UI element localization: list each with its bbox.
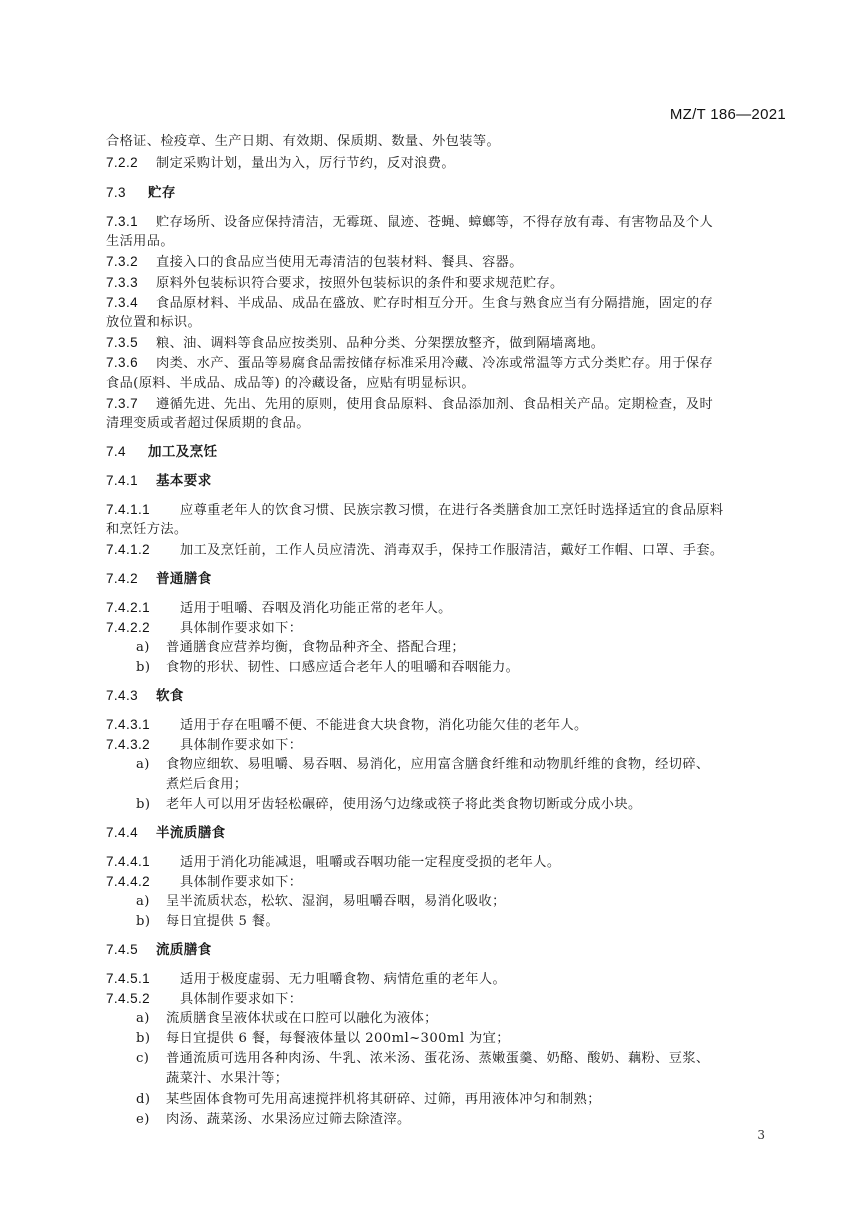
clause-7-4-5-1: 7.4.5.1适用于极度虚弱、无力咀嚼食物、病情危重的老年人。 [106, 969, 506, 990]
list-item: a)呈半流质状态，松软、湿润，易咀嚼吞咽，易消化吸收； [136, 892, 506, 912]
clause-text: 具体制作要求如下： [180, 621, 302, 636]
clause-text: 具体制作要求如下： [180, 875, 302, 890]
clause-7-4-1-1: 7.4.1.1应尊重老年人的饮食习惯、民族宗教习惯，在进行各类膳食加工烹饪时选择… [106, 500, 724, 521]
clause-number: 7.4.1.1 [106, 500, 180, 520]
clause-7-3-1: 7.3.1贮存场所、设备应保持清洁，无霉斑、鼠迹、苍蝇、蟑螂等，不得存放有毒、有… [106, 212, 713, 233]
subsection-heading-7-4-3: 7.4.3软食 [106, 686, 184, 706]
section-number: 7.3 [106, 183, 148, 203]
list-item-label: a) [136, 892, 166, 912]
clause-7-4-3-1: 7.4.3.1适用于存在咀嚼不便、不能进食大块食物，消化功能欠佳的老年人。 [106, 715, 588, 736]
clause-text: 贮存场所、设备应保持清洁，无霉斑、鼠迹、苍蝇、蟑螂等，不得存放有毒、有害物品及个… [156, 215, 713, 230]
text: 清理变质或者超过保质期的食品。 [106, 416, 310, 431]
clause-7-3-3: 7.3.3原料外包装标识符合要求，按照外包装标识的条件和要求规范贮存。 [106, 273, 564, 294]
list-item-label: d) [136, 1090, 166, 1110]
list-item-label: c) [136, 1049, 166, 1069]
clause-text: 食品原材料、半成品、成品在盛放、贮存时相互分开。生食与熟食应当有分隔措施，固定的… [156, 296, 713, 311]
list-item: b)老年人可以用牙齿轻松碾碎，使用汤勺边缘或筷子将此类食物切断或分成小块。 [136, 795, 642, 815]
clause-number: 7.4.5.2 [106, 989, 180, 1009]
list-item-text: 食物的形状、韧性、口感应适合老年人的咀嚼和吞咽能力。 [166, 660, 519, 675]
clause-number: 7.3.1 [106, 212, 156, 232]
section-title: 贮存 [148, 185, 176, 200]
clause-7-4-5-2: 7.4.5.2具体制作要求如下： [106, 989, 302, 1010]
clause-number: 7.4.3.1 [106, 715, 180, 735]
subsection-title: 流质膳食 [156, 942, 212, 957]
section-title: 加工及烹饪 [148, 444, 218, 459]
subsection-number: 7.4.1 [106, 471, 156, 491]
list-item-text: 某些固体食物可先用高速搅拌机将其研碎、过筛，再用液体冲匀和制熟； [166, 1092, 601, 1107]
clause-7-2-2: 7.2.2制定采购计划，量出为入，厉行节约，反对浪费。 [106, 153, 455, 174]
list-item-text: 食物应细软、易咀嚼、易吞咽、易消化，应用富含膳食纤维和动物肌纤维的食物，经切碎、 [166, 757, 710, 772]
paragraph-continuation: 生活用品。 [106, 232, 174, 252]
paragraph-continuation: 合格证、检疫章、生产日期、有效期、保质期、数量、外包装等。 [106, 132, 500, 152]
text: 和烹饪方法。 [106, 522, 188, 537]
paragraph-continuation: 和烹饪方法。 [106, 520, 188, 540]
clause-number: 7.3.7 [106, 394, 156, 414]
subsection-title: 软食 [156, 688, 184, 703]
clause-7-4-4-2: 7.4.4.2具体制作要求如下： [106, 872, 302, 893]
clause-7-4-2-2: 7.4.2.2具体制作要求如下： [106, 618, 302, 639]
clause-number: 7.3.2 [106, 252, 156, 272]
list-item-text: 流质膳食呈液体状或在口腔可以融化为液体； [166, 1011, 438, 1026]
list-item: b)每日宜提供 5 餐。 [136, 912, 279, 932]
clause-text: 适用于咀嚼、吞咽及消化功能正常的老年人。 [180, 601, 452, 616]
list-item-label: a) [136, 755, 166, 775]
clause-number: 7.4.4.1 [106, 852, 180, 872]
clause-7-3-4: 7.3.4食品原材料、半成品、成品在盛放、贮存时相互分开。生食与熟食应当有分隔措… [106, 293, 713, 314]
text: 蔬菜汁、水果汁等； [166, 1071, 288, 1086]
clause-7-4-3-2: 7.4.3.2具体制作要求如下： [106, 735, 302, 756]
list-item-label: a) [136, 1009, 166, 1029]
clause-text: 应尊重老年人的饮食习惯、民族宗教习惯，在进行各类膳食加工烹饪时选择适宜的食品原料 [180, 503, 724, 518]
section-number: 7.4 [106, 442, 148, 462]
clause-number: 7.3.5 [106, 333, 156, 353]
subsection-heading-7-4-2: 7.4.2普通膳食 [106, 569, 212, 589]
list-item-label: b) [136, 912, 166, 932]
list-item-label: a) [136, 638, 166, 658]
list-item-text: 普通流质可选用各种肉汤、牛乳、浓米汤、蛋花汤、蒸嫩蛋羹、奶酪、酸奶、藕粉、豆浆、 [166, 1051, 710, 1066]
clause-text: 肉类、水产、蛋品等易腐食品需按储存标准采用冷藏、冷冻或常温等方式分类贮存。用于保… [156, 356, 713, 371]
clause-number: 7.2.2 [106, 153, 156, 173]
clause-number: 7.4.2.1 [106, 598, 180, 618]
clause-text: 适用于极度虚弱、无力咀嚼食物、病情危重的老年人。 [180, 972, 506, 987]
clause-number: 7.3.6 [106, 353, 156, 373]
list-item-text: 每日宜提供 6 餐，每餐液体量以 200ml~300ml 为宜； [166, 1031, 510, 1046]
text: 食品(原料、半成品、成品等) 的冷藏设备，应贴有明显标识。 [106, 376, 475, 391]
list-item: b)食物的形状、韧性、口感应适合老年人的咀嚼和吞咽能力。 [136, 658, 519, 678]
clause-number: 7.4.4.2 [106, 872, 180, 892]
subsection-title: 基本要求 [156, 473, 212, 488]
clause-7-3-5: 7.3.5粮、油、调料等食品应按类别、品种分类、分架摆放整齐，做到隔墙离地。 [106, 333, 604, 354]
list-item-text: 呈半流质状态，松软、湿润，易咀嚼吞咽，易消化吸收； [166, 894, 506, 909]
list-item-text: 老年人可以用牙齿轻松碾碎，使用汤勺边缘或筷子将此类食物切断或分成小块。 [166, 797, 642, 812]
paragraph-continuation: 清理变质或者超过保质期的食品。 [106, 414, 310, 434]
list-item-text: 肉汤、蔬菜汤、水果汤应过筛去除渣滓。 [166, 1112, 411, 1127]
text: 放位置和标识。 [106, 315, 201, 330]
paragraph-continuation: 放位置和标识。 [106, 313, 201, 333]
clause-7-3-2: 7.3.2直接入口的食品应当使用无毒清洁的包装材料、餐具、容器。 [106, 252, 523, 273]
document-code: MZ/T 186—2021 [670, 106, 786, 123]
section-heading-7-3: 7.3贮存 [106, 183, 176, 203]
list-item-label: b) [136, 1029, 166, 1049]
clause-text: 适用于消化功能减退，咀嚼或吞咽功能一定程度受损的老年人。 [180, 855, 560, 870]
list-item-label: b) [136, 795, 166, 815]
clause-text: 直接入口的食品应当使用无毒清洁的包装材料、餐具、容器。 [156, 255, 523, 270]
clause-number: 7.4.3.2 [106, 735, 180, 755]
clause-text: 适用于存在咀嚼不便、不能进食大块食物，消化功能欠佳的老年人。 [180, 718, 588, 733]
list-item: a)流质膳食呈液体状或在口腔可以融化为液体； [136, 1009, 438, 1029]
list-item-label: e) [136, 1110, 166, 1130]
clause-text: 遵循先进、先出、先用的原则，使用食品原料、食品添加剂、食品相关产品。定期检查，及… [156, 397, 713, 412]
subsection-title: 半流质膳食 [156, 825, 226, 840]
clause-text: 加工及烹饪前，工作人员应清洗、消毒双手，保持工作服清洁，戴好工作帽、口罩、手套。 [180, 543, 724, 558]
clause-number: 7.3.3 [106, 273, 156, 293]
page-number: 3 [757, 1128, 765, 1142]
subsection-number: 7.4.5 [106, 940, 156, 960]
clause-7-3-6: 7.3.6肉类、水产、蛋品等易腐食品需按储存标准采用冷藏、冷冻或常温等方式分类贮… [106, 353, 713, 374]
clause-text: 原料外包装标识符合要求，按照外包装标识的条件和要求规范贮存。 [156, 276, 564, 291]
clause-text: 具体制作要求如下： [180, 992, 302, 1007]
clause-7-4-1-2: 7.4.1.2加工及烹饪前，工作人员应清洗、消毒双手，保持工作服清洁，戴好工作帽… [106, 540, 724, 561]
list-item-continuation: 煮烂后食用； [166, 775, 248, 795]
subsection-number: 7.4.2 [106, 569, 156, 589]
clause-text: 制定采购计划，量出为入，厉行节约，反对浪费。 [156, 156, 455, 171]
subsection-title: 普通膳食 [156, 571, 212, 586]
subsection-heading-7-4-5: 7.4.5流质膳食 [106, 940, 212, 960]
text: 煮烂后食用； [166, 777, 248, 792]
section-heading-7-4: 7.4加工及烹饪 [106, 442, 218, 462]
paragraph-continuation: 食品(原料、半成品、成品等) 的冷藏设备，应贴有明显标识。 [106, 374, 475, 394]
list-item-text: 每日宜提供 5 餐。 [166, 914, 279, 929]
list-item: b)每日宜提供 6 餐，每餐液体量以 200ml~300ml 为宜； [136, 1029, 510, 1049]
clause-text: 具体制作要求如下： [180, 738, 302, 753]
clause-7-4-4-1: 7.4.4.1适用于消化功能减退，咀嚼或吞咽功能一定程度受损的老年人。 [106, 852, 560, 873]
list-item: a)食物应细软、易咀嚼、易吞咽、易消化，应用富含膳食纤维和动物肌纤维的食物，经切… [136, 755, 710, 775]
clause-text: 粮、油、调料等食品应按类别、品种分类、分架摆放整齐，做到隔墙离地。 [156, 336, 604, 351]
subsection-heading-7-4-4: 7.4.4半流质膳食 [106, 823, 226, 843]
list-item-text: 普通膳食应营养均衡，食物品种齐全、搭配合理； [166, 640, 465, 655]
subsection-number: 7.4.4 [106, 823, 156, 843]
list-item: c)普通流质可选用各种肉汤、牛乳、浓米汤、蛋花汤、蒸嫩蛋羹、奶酪、酸奶、藕粉、豆… [136, 1049, 710, 1069]
clause-7-3-7: 7.3.7遵循先进、先出、先用的原则，使用食品原料、食品添加剂、食品相关产品。定… [106, 394, 713, 415]
clause-number: 7.3.4 [106, 293, 156, 313]
clause-number: 7.4.2.2 [106, 618, 180, 638]
list-item: a)普通膳食应营养均衡，食物品种齐全、搭配合理； [136, 638, 465, 658]
list-item: d)某些固体食物可先用高速搅拌机将其研碎、过筛，再用液体冲匀和制熟； [136, 1090, 601, 1110]
subsection-number: 7.4.3 [106, 686, 156, 706]
subsection-heading-7-4-1: 7.4.1基本要求 [106, 471, 212, 491]
clause-number: 7.4.1.2 [106, 540, 180, 560]
list-item-continuation: 蔬菜汁、水果汁等； [166, 1069, 288, 1089]
list-item: e)肉汤、蔬菜汤、水果汤应过筛去除渣滓。 [136, 1110, 411, 1130]
text: 生活用品。 [106, 234, 174, 249]
list-item-label: b) [136, 658, 166, 678]
text: 合格证、检疫章、生产日期、有效期、保质期、数量、外包装等。 [106, 134, 500, 149]
clause-number: 7.4.5.1 [106, 969, 180, 989]
clause-7-4-2-1: 7.4.2.1适用于咀嚼、吞咽及消化功能正常的老年人。 [106, 598, 452, 619]
